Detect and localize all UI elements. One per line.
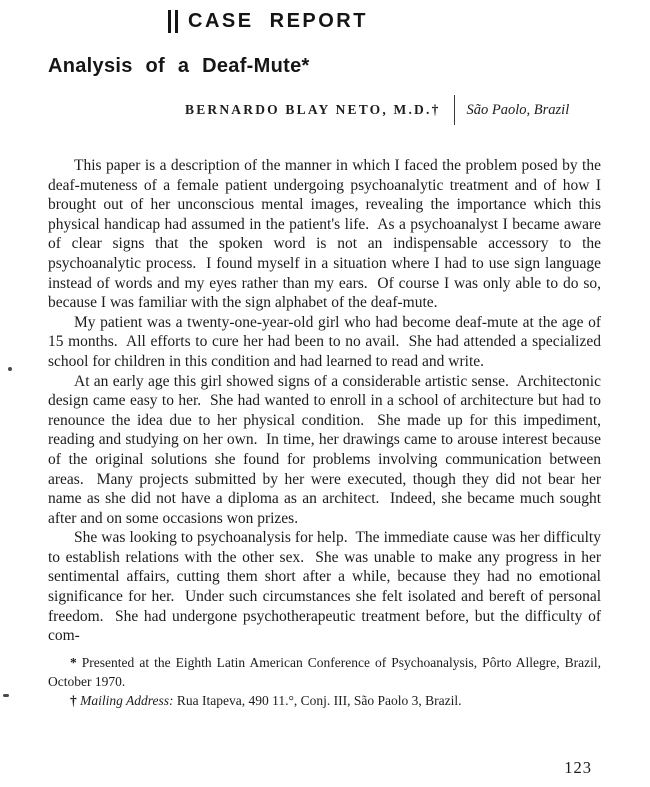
footnote: * Presented at the Eighth Latin American… <box>48 653 601 691</box>
footnote-text: Presented at the Eighth Latin American C… <box>48 655 604 689</box>
footnote-label: Mailing Address: <box>80 693 173 708</box>
document-page: CASE REPORT Analysis of a Deaf-Mute* BER… <box>0 0 650 787</box>
page-number: 123 <box>564 758 592 778</box>
footnote-text: Rua Itapeva, 490 11.°, Conj. III, São Pa… <box>177 693 462 708</box>
footnote-marker: † <box>70 693 77 708</box>
author-name: BERNARDO BLAY NETO, M.D.† <box>185 102 441 118</box>
margin-mark <box>3 694 9 697</box>
footnotes: * Presented at the Eighth Latin American… <box>48 653 601 710</box>
byline-divider <box>454 95 455 125</box>
article-title: Analysis of a Deaf-Mute* <box>48 55 601 78</box>
byline: BERNARDO BLAY NETO, M.D.† São Paolo, Bra… <box>185 95 601 125</box>
paragraph: This paper is a description of the manne… <box>48 156 601 313</box>
footnote: † Mailing Address: Rua Itapeva, 490 11.°… <box>48 691 601 710</box>
paragraph: My patient was a twenty-one-year-old gir… <box>48 313 601 372</box>
paragraph: At an early age this girl showed signs o… <box>48 372 601 529</box>
paragraph: She was looking to psychoanalysis for he… <box>48 528 601 646</box>
author-location: São Paolo, Brazil <box>467 102 570 119</box>
article-body: This paper is a description of the manne… <box>48 156 601 646</box>
footnote-marker: * <box>70 655 77 670</box>
section-header: CASE REPORT <box>168 8 601 34</box>
margin-mark <box>8 367 12 371</box>
double-bar-icon <box>168 10 178 33</box>
section-label: CASE REPORT <box>188 10 368 33</box>
